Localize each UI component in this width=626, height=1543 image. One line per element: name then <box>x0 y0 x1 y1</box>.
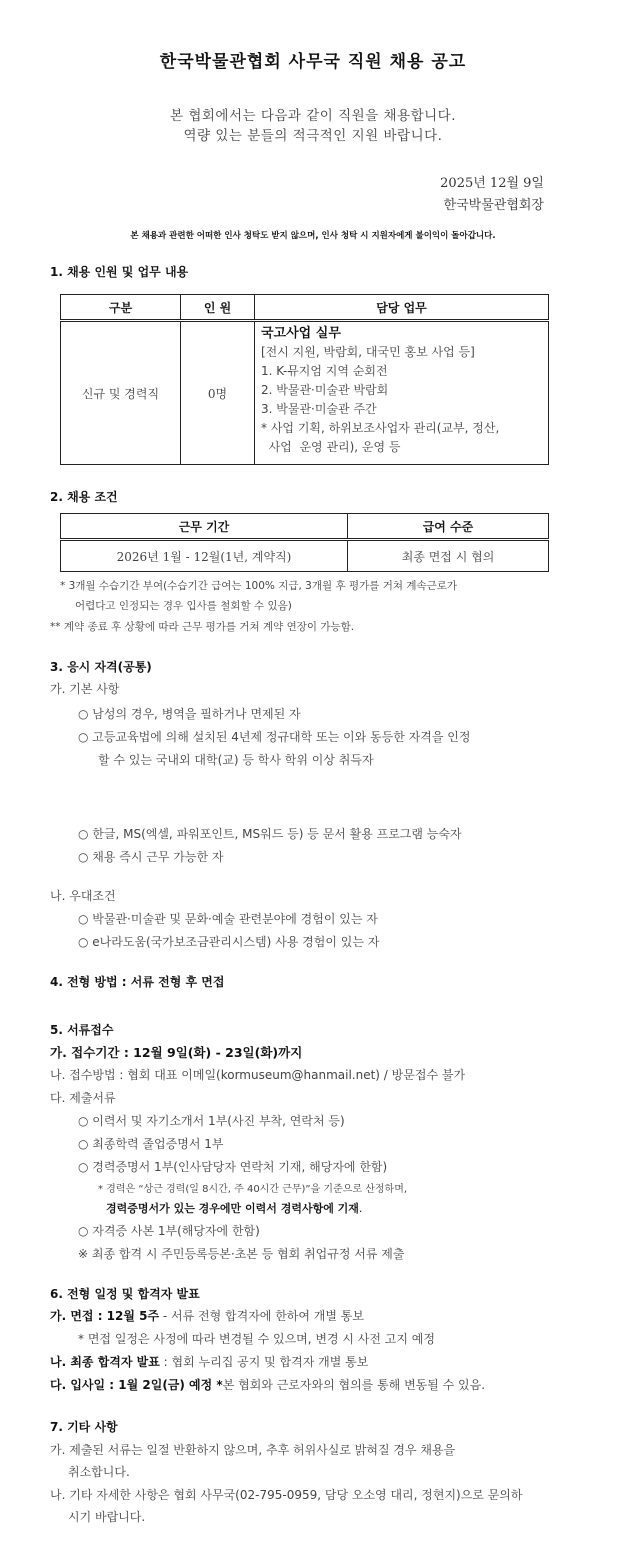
duty-title: 국고사업 실무 <box>261 324 542 343</box>
issue-date: 2025년 12월 9일 <box>440 172 544 191</box>
misc-item: 나. 기타 자세한 사항은 협회 사무국(02-795-0959, 담당 오소영… <box>50 1486 523 1503</box>
qual-item: ○ 채용 즉시 근무 가능한 자 <box>78 848 223 865</box>
duty-line: 3. 박물관·미술관 주간 <box>261 400 542 419</box>
cell-duties: 국고사업 실무 [전시 지원, 박람회, 대국민 홍보 사업 등] 1. K-뮤… <box>255 321 549 465</box>
intro-line-1: 본 협회에서는 다음과 같이 직원을 채용합니다. <box>0 104 626 124</box>
misc-item-cont: 시기 바랍니다. <box>68 1508 145 1525</box>
duty-line: * 사업 기획, 하위보조사업자 관리(교부, 정산, <box>261 419 542 438</box>
conditions-table: 근무 기간 급여 수준 2026년 1월 - 12월(1년, 계약직) 최종 면… <box>60 513 549 572</box>
duty-line: [전시 지원, 박람회, 대국민 홍보 사업 등] <box>261 343 542 362</box>
col-header-category: 구분 <box>61 295 181 321</box>
cell-count: 0명 <box>181 321 255 465</box>
interview-line: 가. 면접 : 12월 5주 - 서류 전형 합격자에 한하여 개별 통보 <box>50 1307 364 1324</box>
docs-heading: 다. 제출서류 <box>50 1089 116 1106</box>
start-date-line: 다. 입사일 : 1월 2일(금) 예정 *본 협회와 근로자와의 협의를 통해… <box>50 1376 485 1393</box>
col-header-count: 인 원 <box>181 295 255 321</box>
qual-item: ○ 한글, MS(엑셀, 파워포인트, MS워드 등) 등 문서 활용 프로그램… <box>78 825 462 842</box>
note-probation: * 3개월 수습기간 부여(수습기간 급여는 100% 지급, 3개월 후 평가… <box>60 578 457 593</box>
section7-heading: 7. 기타 사항 <box>50 1418 118 1435</box>
qual-item-cont: 할 수 있는 국내외 대학(교) 등 학사 학위 이상 취득자 <box>98 751 374 768</box>
qual-item: ○ 남성의 경우, 병역을 필하거나 면제된 자 <box>78 705 301 722</box>
section1-heading: 1. 채용 인원 및 업무 내용 <box>50 263 188 280</box>
page-title: 한국박물관협회 사무국 직원 채용 공고 <box>0 47 626 72</box>
section5-heading: 5. 서류접수 <box>50 1021 113 1038</box>
note-extension: ** 계약 종료 후 상황에 따라 근무 평가를 거쳐 계약 연장이 가능함. <box>50 619 354 634</box>
staffing-table: 구분 인 원 담당 업무 신규 및 경력직 0명 국고사업 실무 [전시 지원,… <box>60 294 549 465</box>
solicitation-notice: 본 채용과 관련한 어떠한 인사 청탁도 받지 않으며, 인사 청탁 시 지원자… <box>0 229 626 241</box>
doc-item: ○ 자격증 사본 1부(해당자에 한함) <box>78 1222 260 1239</box>
cell-category: 신규 및 경력직 <box>61 321 181 465</box>
section6-heading: 6. 전형 일정 및 합격자 발표 <box>50 1285 200 1302</box>
doc-item: ※ 최종 합격 시 주민등록등본·초본 등 협회 취업규정 서류 제출 <box>78 1245 404 1262</box>
duty-line: 1. K-뮤지엄 지역 순회전 <box>261 362 542 381</box>
qual-item: ○ 고등교육법에 의해 설치된 4년제 정규대학 또는 이와 동등한 자격을 인… <box>78 728 470 745</box>
col-header-period: 근무 기간 <box>61 514 348 540</box>
section2-heading: 2. 채용 조건 <box>50 488 118 505</box>
career-note: * 경력은 “상근 경력(일 8시간, 주 40시간 근무)”을 기준으로 산정… <box>98 1180 407 1195</box>
note-probation-cont: 어렵다고 인정되는 경우 입사를 철회할 수 있음) <box>75 598 292 613</box>
doc-item: ○ 이력서 및 자기소개서 1부(사진 부착, 연락처 등) <box>78 1112 345 1129</box>
col-header-duties: 담당 업무 <box>255 295 549 321</box>
issuer: 한국박물관협회장 <box>444 194 544 213</box>
misc-item-cont: 취소합니다. <box>68 1463 130 1480</box>
duty-line: 사업 운영 관리), 운영 등 <box>261 438 542 457</box>
application-method: 나. 접수방법 : 협회 대표 이메일(kormuseum@hanmail.ne… <box>50 1066 465 1083</box>
section4-heading: 4. 전형 방법 : 서류 전형 후 면접 <box>50 973 224 990</box>
cell-salary: 최종 면접 시 협의 <box>348 540 549 572</box>
interview-note: * 면접 일정은 사정에 따라 변경될 수 있으며, 변경 시 사전 고지 예정 <box>78 1330 435 1347</box>
final-announcement-line: 나. 최종 합격자 발표 : 협회 누리집 공지 및 합격자 개별 통보 <box>50 1353 368 1370</box>
section3-heading: 3. 응시 자격(공통) <box>50 658 152 675</box>
col-header-salary: 급여 수준 <box>348 514 549 540</box>
intro-line-2: 역량 있는 분들의 적극적인 지원 바랍니다. <box>0 124 626 144</box>
cell-period: 2026년 1월 - 12월(1년, 계약직) <box>61 540 348 572</box>
sub-preferred: 나. 우대조건 <box>50 887 116 904</box>
duty-line: 2. 박물관·미술관 박람회 <box>261 381 542 400</box>
application-period: 가. 접수기간 : 12월 9일(화) - 23일(화)까지 <box>50 1043 302 1061</box>
sub-basic: 가. 기본 사항 <box>50 680 119 697</box>
pref-item: ○ 박물관·미술관 및 문화·예술 관련분야에 경험이 있는 자 <box>78 910 378 927</box>
doc-item: ○ 경력증명서 1부(인사담당자 연락처 기재, 해당자에 한함) <box>78 1158 387 1175</box>
career-note-bold: 경력증명서가 있는 경우에만 이력서 경력사항에 기재. <box>106 1200 362 1216</box>
misc-item: 가. 제출된 서류는 일절 반환하지 않으며, 추후 허위사실로 밝혀질 경우 … <box>50 1441 455 1458</box>
doc-item: ○ 최종학력 졸업증명서 1부 <box>78 1135 223 1152</box>
pref-item: ○ e나라도움(국가보조금관리시스템) 사용 경험이 있는 자 <box>78 933 379 950</box>
